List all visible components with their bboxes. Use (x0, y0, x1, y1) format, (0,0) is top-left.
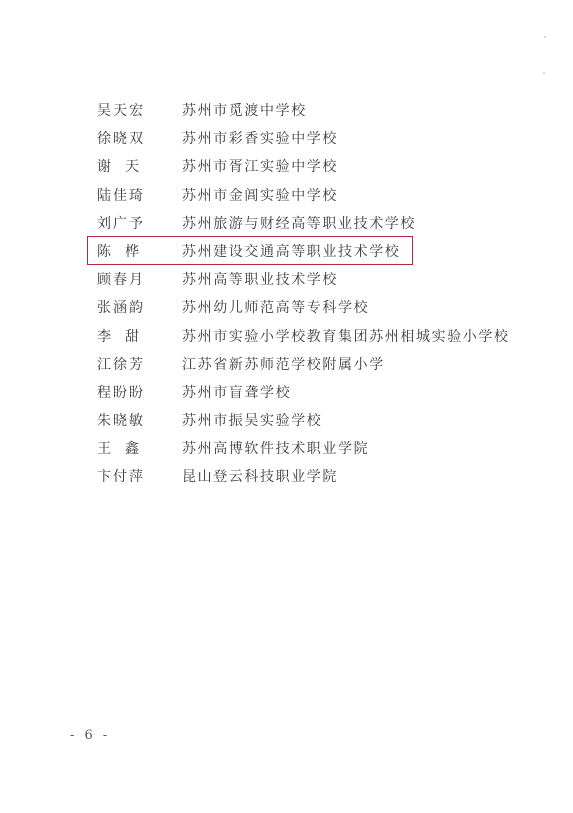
person-name-char: 李 (97, 329, 111, 345)
scan-speck (543, 72, 545, 74)
person-name-char: 甜 (125, 323, 139, 351)
school-name: 苏州高博软件技术职业学院 (182, 435, 369, 463)
person-name: 徐晓双 (97, 125, 157, 153)
school-name: 苏州市实验小学校教育集团苏州相城实验小学校 (182, 323, 510, 351)
person-name: 朱晓敏 (97, 407, 157, 435)
list-item: 顾春月 苏州高等职业技术学校 (97, 266, 537, 294)
award-list: 吴天宏 苏州市觅渡中学校 徐晓双 苏州市彩香实验中学校 谢天 苏州市胥江实验中学… (97, 97, 537, 492)
page-number: - 6 - (70, 728, 110, 743)
person-name: 程盼盼 (97, 379, 157, 407)
person-name: 陈桦 (97, 238, 157, 266)
scan-speck (544, 36, 546, 38)
person-name: 李甜 (97, 323, 157, 351)
school-name: 苏州市彩香实验中学校 (182, 125, 338, 153)
person-name: 张涵韵 (97, 294, 157, 322)
document-page: 吴天宏 苏州市觅渡中学校 徐晓双 苏州市彩香实验中学校 谢天 苏州市胥江实验中学… (0, 0, 573, 813)
person-name: 顾春月 (97, 266, 157, 294)
person-name: 陆佳琦 (97, 182, 157, 210)
person-name-char: 陈 (97, 244, 111, 260)
list-item: 刘广予 苏州旅游与财经高等职业技术学校 (97, 210, 537, 238)
school-name: 昆山登云科技职业学院 (182, 463, 338, 491)
school-name: 苏州市胥江实验中学校 (182, 153, 338, 181)
list-item: 卞付萍 昆山登云科技职业学院 (97, 463, 537, 491)
person-name: 谢天 (97, 153, 157, 181)
list-item: 吴天宏 苏州市觅渡中学校 (97, 97, 537, 125)
school-name: 江苏省新苏师范学校附属小学 (182, 351, 385, 379)
list-item: 程盼盼 苏州市盲聋学校 (97, 379, 537, 407)
person-name: 江徐芳 (97, 351, 157, 379)
list-item: 谢天 苏州市胥江实验中学校 (97, 153, 537, 181)
list-item: 陆佳琦 苏州市金阊实验中学校 (97, 182, 537, 210)
school-name: 苏州市金阊实验中学校 (182, 182, 338, 210)
school-name: 苏州旅游与财经高等职业技术学校 (182, 210, 416, 238)
list-item: 王鑫 苏州高博软件技术职业学院 (97, 435, 537, 463)
person-name-char: 桦 (125, 238, 139, 266)
school-name: 苏州市觅渡中学校 (182, 97, 307, 125)
list-item-highlighted: 陈桦 苏州建设交通高等职业技术学校 (97, 238, 537, 266)
person-name: 卞付萍 (97, 463, 157, 491)
school-name: 苏州市盲聋学校 (182, 379, 291, 407)
person-name-char: 天 (125, 153, 139, 181)
person-name-char: 鑫 (125, 435, 139, 463)
person-name-char: 王 (97, 441, 111, 457)
person-name: 吴天宏 (97, 97, 157, 125)
person-name-char: 谢 (97, 159, 111, 175)
school-name: 苏州建设交通高等职业技术学校 (182, 238, 400, 266)
person-name: 刘广予 (97, 210, 157, 238)
list-item: 张涵韵 苏州幼儿师范高等专科学校 (97, 294, 537, 322)
school-name: 苏州幼儿师范高等专科学校 (182, 294, 369, 322)
school-name: 苏州高等职业技术学校 (182, 266, 338, 294)
list-item: 朱晓敏 苏州市振吴实验学校 (97, 407, 537, 435)
person-name: 王鑫 (97, 435, 157, 463)
list-item: 江徐芳 江苏省新苏师范学校附属小学 (97, 351, 537, 379)
list-item: 徐晓双 苏州市彩香实验中学校 (97, 125, 537, 153)
school-name: 苏州市振吴实验学校 (182, 407, 322, 435)
list-item: 李甜 苏州市实验小学校教育集团苏州相城实验小学校 (97, 323, 537, 351)
